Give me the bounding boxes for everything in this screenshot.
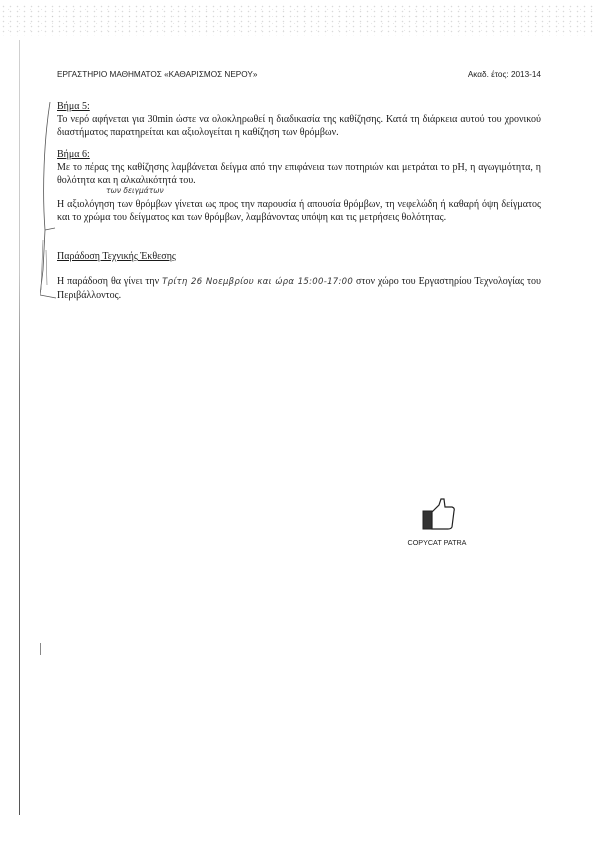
delivery-paragraph: Η παράδοση θα γίνει την Τρίτη 26 Νοεμβρί…: [57, 275, 541, 302]
academic-year: Ακαδ. έτος: 2013-14: [468, 70, 541, 79]
step-5-body: Το νερό αφήνεται για 30min ώστε να ολοκλ…: [57, 113, 541, 139]
scan-edge-line: [19, 40, 20, 815]
logo-label: COPYCAT PATRA: [397, 538, 477, 547]
page-header: ΕΡΓΑΣΤΗΡΙΟ ΜΑΘΗΜΑΤΟΣ «ΚΑΘΑΡΙΣΜΟΣ ΝΕΡΟΥ» …: [57, 70, 541, 79]
handwritten-annotation: των δειγμάτων: [106, 186, 164, 195]
evaluation-paragraph: Η αξιολόγηση των θρόμβων γίνεται ως προς…: [57, 198, 541, 224]
delivery-handwritten-date: Τρίτη 26 Νοεμβρίου και ώρα 15:00-17:00: [162, 277, 353, 287]
delivery-section: Παράδοση Τεχνικής Έκθεσης: [57, 250, 541, 263]
step-6-heading: Βήμα 6:: [57, 148, 541, 161]
evaluation-text: Η αξιολόγηση των θρόμβων γίνεται ως προς…: [57, 198, 541, 224]
delivery-text-before: Η παράδοση θα γίνει την: [57, 276, 162, 287]
step-6-section: Βήμα 6: Με το πέρας της καθίζησης λαμβάν…: [57, 148, 541, 188]
step-6-body: Με το πέρας της καθίζησης λαμβάνεται δεί…: [57, 161, 541, 187]
course-title: ΕΡΓΑΣΤΗΡΙΟ ΜΑΘΗΜΑΤΟΣ «ΚΑΘΑΡΙΣΜΟΣ ΝΕΡΟΥ»: [57, 70, 257, 79]
thumbs-up-icon: [417, 497, 457, 531]
step-5-heading: Βήμα 5:: [57, 100, 541, 113]
step-5-section: Βήμα 5: Το νερό αφήνεται για 30min ώστε …: [57, 100, 541, 140]
copycat-logo: COPYCAT PATRA: [397, 497, 477, 547]
scan-noise: [0, 4, 595, 36]
delivery-heading: Παράδοση Τεχνικής Έκθεσης: [57, 250, 541, 263]
scan-mark: [40, 643, 41, 655]
